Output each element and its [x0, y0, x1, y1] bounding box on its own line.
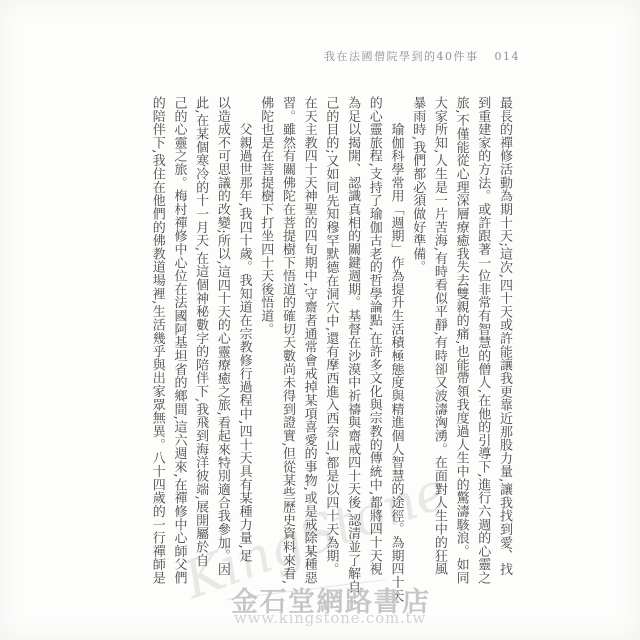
text-column: 的心靈旅程,支持了瑜伽古老的哲學論點,在許多文化與宗教的傳統中,都將四十天視 — [363, 96, 385, 606]
text-column: 暴雨時,我們都必須做好準備。 — [406, 96, 428, 606]
header-title: 我在法國僧院學到的40件事 — [324, 48, 479, 64]
text-column: 最長的禪修活動為期十天;這次,四十天或許能讓我更靠近那股力量,讓我找到愛、找 — [493, 96, 515, 606]
text-column: 己的心靈之旅。梅村禪修中心位在法國阿基坦省的鄉間,這六週來,在禪修中心師父們 — [168, 96, 190, 606]
text-column: 的陪伴下,我住在他們的佛教道場裡,生活幾乎與出家眾無異。八十四歲的一行禪師是 — [146, 96, 168, 606]
body-text: 最長的禪修活動為期十天;這次,四十天或許能讓我更靠近那股力量,讓我找到愛、找 到… — [146, 96, 515, 606]
text-column: 己的目的;又如同先知穆罕默德在洞穴中,還有摩西進入西奈山,都是以四十天為期。 — [320, 96, 342, 606]
text-column: 為足以揭開、認識真相的關鍵週期。基督在沙漠中祈禱與齋戒四十天後,認清並了解自 — [341, 96, 363, 606]
text-column: 旅,不僅能從心理深層療癒我失去雙親的痛,也能帶領我度過人生中的驚濤駭浪。如同 — [450, 96, 472, 606]
text-column: 大家所知,人生是一片苦海,有時看似平靜,有時卻又波濤洶湧。在面對人生中的狂風 — [428, 96, 450, 606]
text-column: 在天主教四十天神聖的四旬期中,守齋者通常會戒掉某項喜愛的事物,或是戒除某種惡 — [298, 96, 320, 606]
text-column: 習。雖然有關佛陀在菩提樹下悟道的確切天數尚未得到證實,但從某些歷史資料來看, — [276, 96, 298, 606]
page-number: 014 — [495, 50, 521, 63]
text-column: 此,在某個寒冷的十一月天,在這個神秘數字的陪伴下,我飛到海洋彼端,展開屬於自 — [189, 96, 211, 606]
running-header: 我在法國僧院學到的40件事 014 — [324, 48, 520, 64]
text-column: 以造成不可思議的改變;所以,這四十天的心靈療癒之旅,看起來特別適合我參加。因 — [211, 96, 233, 606]
text-column: 佛陀也是在菩提樹下打坐四十天後悟道。 — [255, 96, 277, 606]
text-column: 瑜伽科學常用「週期」作為提升生活積極態度與精進個人智慧的途徑。為期四十天 — [385, 96, 407, 606]
book-page-scan: 我在法國僧院學到的40件事 014 KingStone 最長的禪修活動為期十天;… — [0, 0, 640, 640]
text-column: 到重建家的方法。或許跟著一位非常有智慧的僧人,在他的引導下,進行六週的心靈之 — [472, 96, 494, 606]
text-column: 父親過世那年,我四十歲。我知道在宗教修行過程中,四十天具有某種力量,足 — [233, 96, 255, 606]
bookstore-url-watermark: www.kingstone.com.tw — [234, 609, 426, 627]
